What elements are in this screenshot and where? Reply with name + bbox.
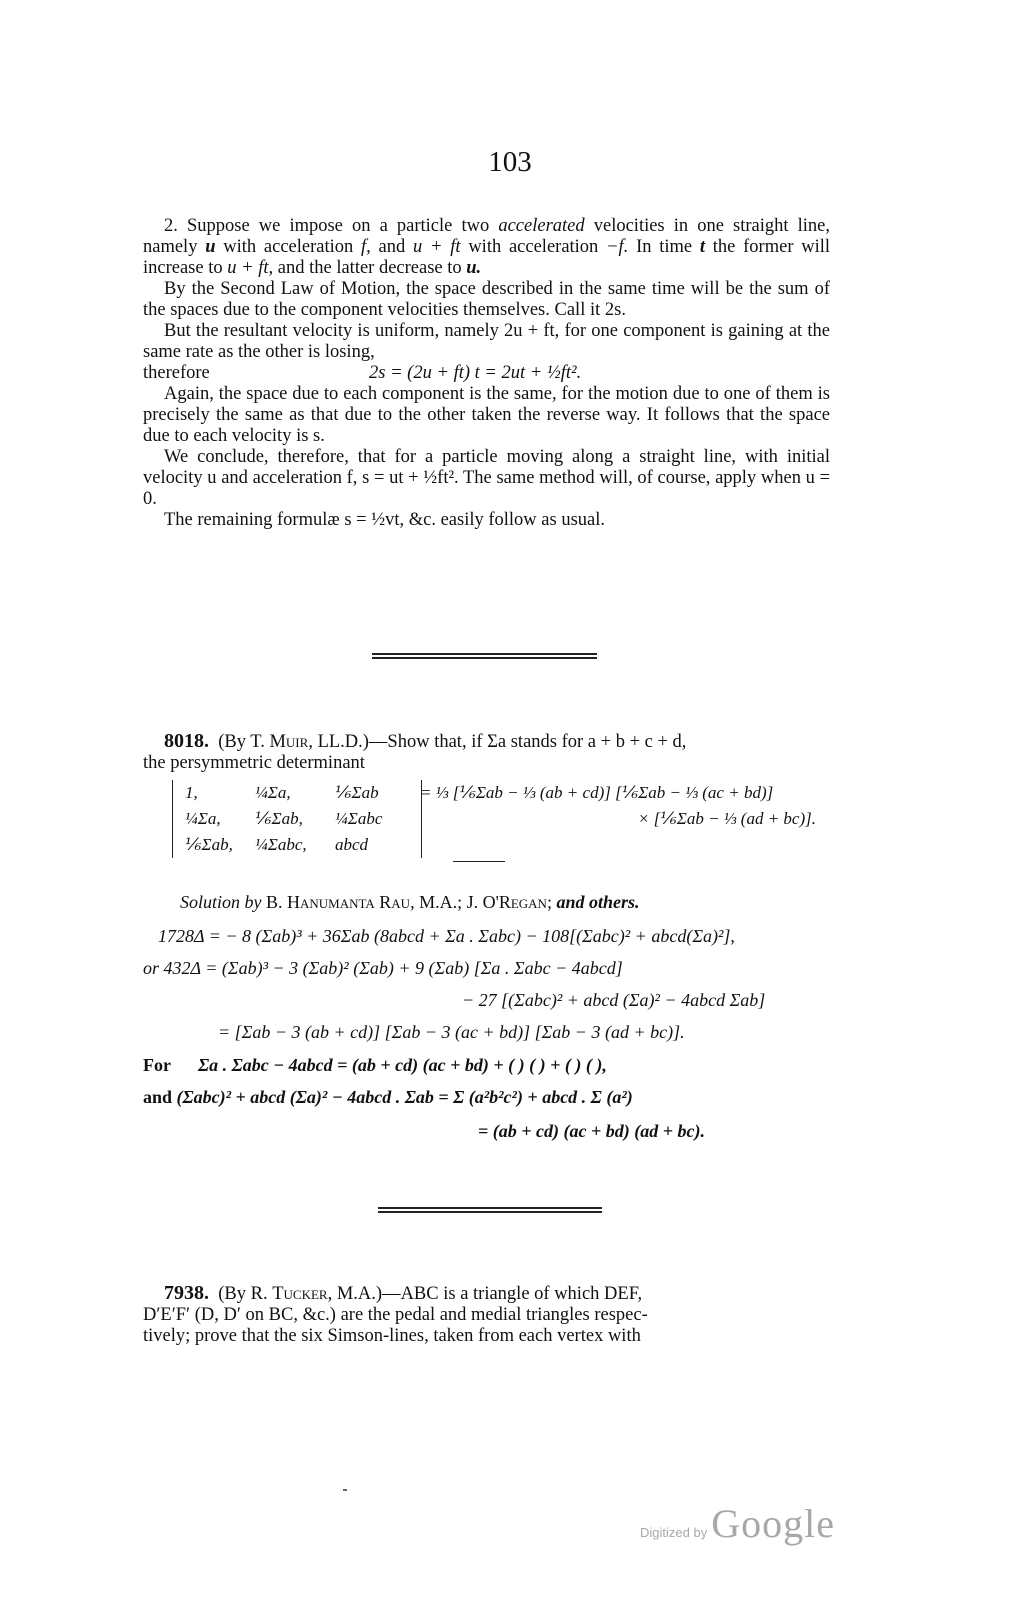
equation-1728-delta: 1728Δ = − 8 (Σab)³ + 36Σab (8abcd + Σa .… <box>158 925 735 947</box>
equation-2s: therefore 2s = (2u + ft) t = 2ut + ½ft². <box>143 363 830 384</box>
scan-speck <box>343 1489 347 1491</box>
page-number: 103 <box>0 146 1020 179</box>
problem-7938: 7938. (By R. Tucker, M.A.)—ABC is a tria… <box>143 1283 830 1347</box>
paragraph-4: Again, the space due to each component i… <box>143 384 830 447</box>
author-name: Muir <box>269 732 308 752</box>
paragraph-1: 2. Suppose we impose on a particle two a… <box>143 216 830 279</box>
author-name: Tucker <box>272 1284 327 1304</box>
paragraph-2: By the Second Law of Motion, the space d… <box>143 279 830 321</box>
equation-for: For Σa . Σabc − 4abcd = (ab + cd) (ac + … <box>143 1054 607 1076</box>
persymmetric-determinant: 1, ¼Σa, ⅙Σab ¼Σa, ⅙Σab, ¼Σabc ⅙Σab, ¼Σab… <box>172 780 422 858</box>
paragraph-6: The remaining formulæ s = ½vt, &c. easil… <box>143 510 830 531</box>
solution-credit: Solution by B. Hanumanta Rau, M.A.; J. O… <box>180 892 639 913</box>
equation-label: therefore <box>143 363 369 384</box>
problem-8018-header: 8018. (By T. Muir, LL.D.)—Show that, if … <box>143 731 830 774</box>
equation-factored: = [Σab − 3 (ab + cd)] [Σab − 3 (ac + bd)… <box>218 1021 685 1043</box>
equation-final: = (ab + cd) (ac + bd) (ad + bc). <box>478 1120 705 1142</box>
section-2: 2. Suppose we impose on a particle two a… <box>143 216 830 531</box>
equation-and: and (Σabc)² + abcd (Σa)² − 4abcd . Σab =… <box>143 1086 633 1108</box>
double-rule-divider-2 <box>378 1207 602 1213</box>
paragraph-3: But the resultant velocity is uniform, n… <box>143 321 830 363</box>
paragraph-5: We conclude, therefore, that for a parti… <box>143 447 830 510</box>
equation-432-delta: or 432Δ = (Σab)³ − 3 (Σab)² (Σab) + 9 (Σ… <box>143 957 623 979</box>
google-logo: Google <box>711 1501 835 1546</box>
equation-continuation: − 27 [(Σabc)² + abcd (Σa)² − 4abcd Σab] <box>462 989 765 1011</box>
determinant-result: = ⅓ [⅙Σab − ⅓ (ab + cd)] [⅙Σab − ⅓ (ac +… <box>420 780 830 832</box>
double-rule-divider <box>372 653 597 659</box>
problem-number: 7938. <box>164 1282 209 1304</box>
equation-text: 2s = (2u + ft) t = 2ut + ½ft². <box>369 363 581 384</box>
short-rule <box>453 861 505 862</box>
problem-number: 8018. <box>164 730 209 752</box>
google-watermark: Digitized byGoogle <box>640 1500 835 1547</box>
